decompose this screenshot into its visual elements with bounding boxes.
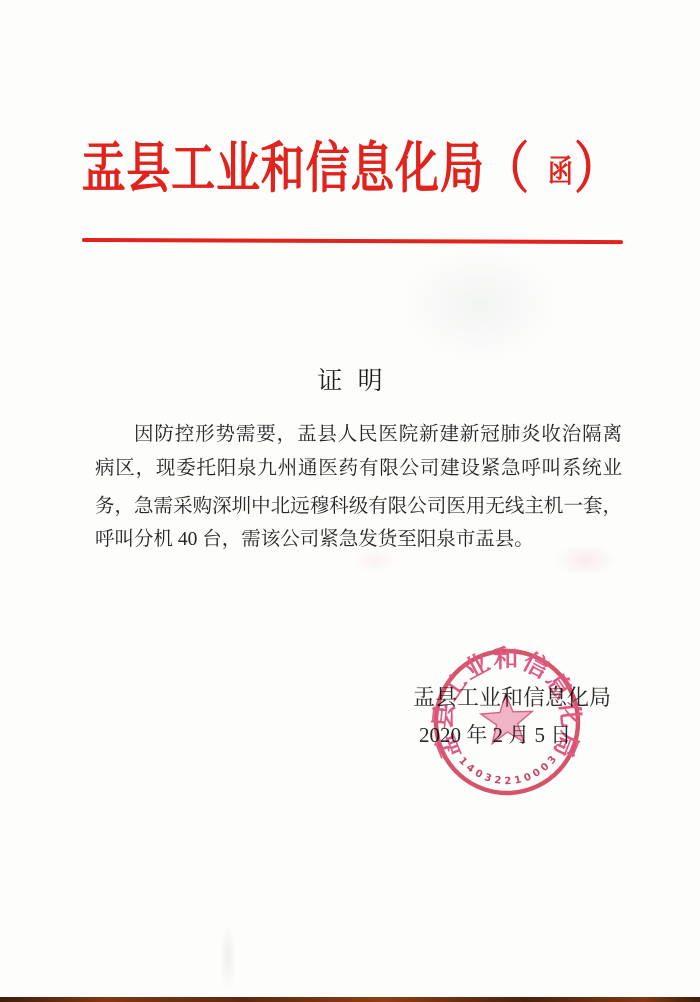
body-line: 呼叫分机 40 台，需该公司紧急发货至阳泉市盂县。 [95,527,622,553]
signature-date: 2020 年 2 月 5 日 [419,723,571,747]
official-seal: 盂县工业和信息化局 1403221000322 [427,642,587,802]
signature-org-name: 盂县工业和信息化局 [413,686,611,710]
scan-edge-strip [0,997,700,1002]
letterhead-paren-open: （ [485,139,529,199]
scan-smudge [220,925,236,990]
seal-ring [432,647,581,796]
scan-smudge [355,550,395,572]
body-line: 因防控形势需要，盂县人民医院新建新冠肺炎收治隔离 [95,422,622,448]
letterhead: 盂县工业和信息化局（函） [70,139,630,199]
body-line: 病区，现委托阳泉九州通医药有限公司建设紧急呼叫系统业 [95,456,622,482]
body-line: 务，急需采购深圳中北远穆科级有限公司医用无线主机一套， [95,494,622,520]
scan-smudge [400,245,560,365]
scanned-document-page: 盂县工业和信息化局（函） 证 明 因防控形势需要，盂县人民医院新建新冠肺炎收治隔… [0,0,700,1002]
letterhead-doc-type: 函 [548,156,573,187]
letterhead-paren-close: ） [574,139,618,199]
letterhead-org-name: 盂县工业和信息化局 [82,139,485,199]
document-title: 证 明 [0,368,700,396]
red-separator-line [82,238,623,244]
seal-code-number: 1403221000322 [427,642,563,791]
